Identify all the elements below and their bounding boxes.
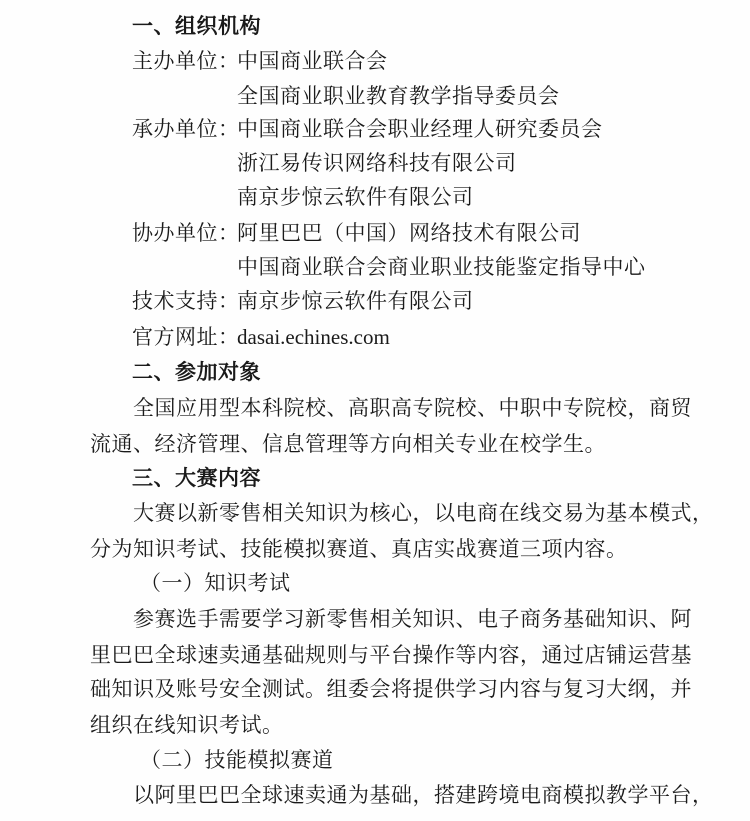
co-organizer-label: 协办单位： [132,216,237,251]
section-heading-participants: 二、参加对象 [132,355,712,390]
host-row: 主办单位：中国商业联合会 [132,44,712,79]
host-item: 全国商业职业教育教学指导委员会 [237,79,750,114]
tech-support-label: 技术支持： [132,284,237,319]
paragraph-line: 全国应用型本科院校、高职高专院校、中职中专院校，商贸 [133,391,668,426]
organizer-item: 南京步惊云软件有限公司 [237,180,750,215]
paragraph-line: 以阿里巴巴全球速卖通为基础，搭建跨境电商模拟教学平台， [133,778,668,813]
paragraph-line: 流通、经济管理、信息管理等方向相关专业在校学生。 [90,427,670,462]
website-label: 官方网址： [132,320,237,355]
host-item: 中国商业联合会 [237,49,388,73]
tech-support-value: 南京步惊云软件有限公司 [237,289,474,313]
paragraph-line: 组织在线知识考试。 [90,708,670,743]
document-page: 一、组织机构 主办单位：中国商业联合会 全国商业职业教育教学指导委员会 承办单位… [0,0,750,821]
organizer-label: 承办单位： [132,112,237,147]
paragraph-line: 分为知识考试、技能模拟赛道、真店实战赛道三项内容。 [90,532,670,567]
subsection-heading-skill-simulation: （二）技能模拟赛道 [140,743,720,778]
co-organizer-row: 协办单位：阿里巴巴（中国）网络技术有限公司 [132,216,712,251]
paragraph-line: 础知识及账号安全测试。组委会将提供学习内容与复习大纲，并 [90,672,668,707]
section-heading-organization: 一、组织机构 [132,9,712,44]
paragraph-line: 参赛选手需要学习新零售相关知识、电子商务基础知识、阿 [133,602,668,637]
co-organizer-item: 阿里巴巴（中国）网络技术有限公司 [237,221,581,245]
co-organizer-item: 中国商业联合会商业职业技能鉴定指导中心 [237,250,750,285]
organizer-item: 中国商业联合会职业经理人研究委员会 [237,117,603,141]
paragraph-line: 大赛以新零售相关知识为核心，以电商在线交易为基本模式， [133,496,668,531]
subsection-heading-knowledge-exam: （一）知识考试 [140,566,720,601]
host-label: 主办单位： [132,44,237,79]
organizer-row: 承办单位：中国商业联合会职业经理人研究委员会 [132,112,712,147]
website-row: 官方网址：dasai.echines.com [132,320,712,355]
section-heading-content: 三、大赛内容 [132,461,712,496]
organizer-item: 浙江易传识网络科技有限公司 [237,146,750,181]
website-link[interactable]: dasai.echines.com [237,325,390,349]
tech-support-row: 技术支持：南京步惊云软件有限公司 [132,284,712,319]
paragraph-line: 里巴巴全球速卖通基础规则与平台操作等内容，通过店铺运营基 [90,638,668,673]
